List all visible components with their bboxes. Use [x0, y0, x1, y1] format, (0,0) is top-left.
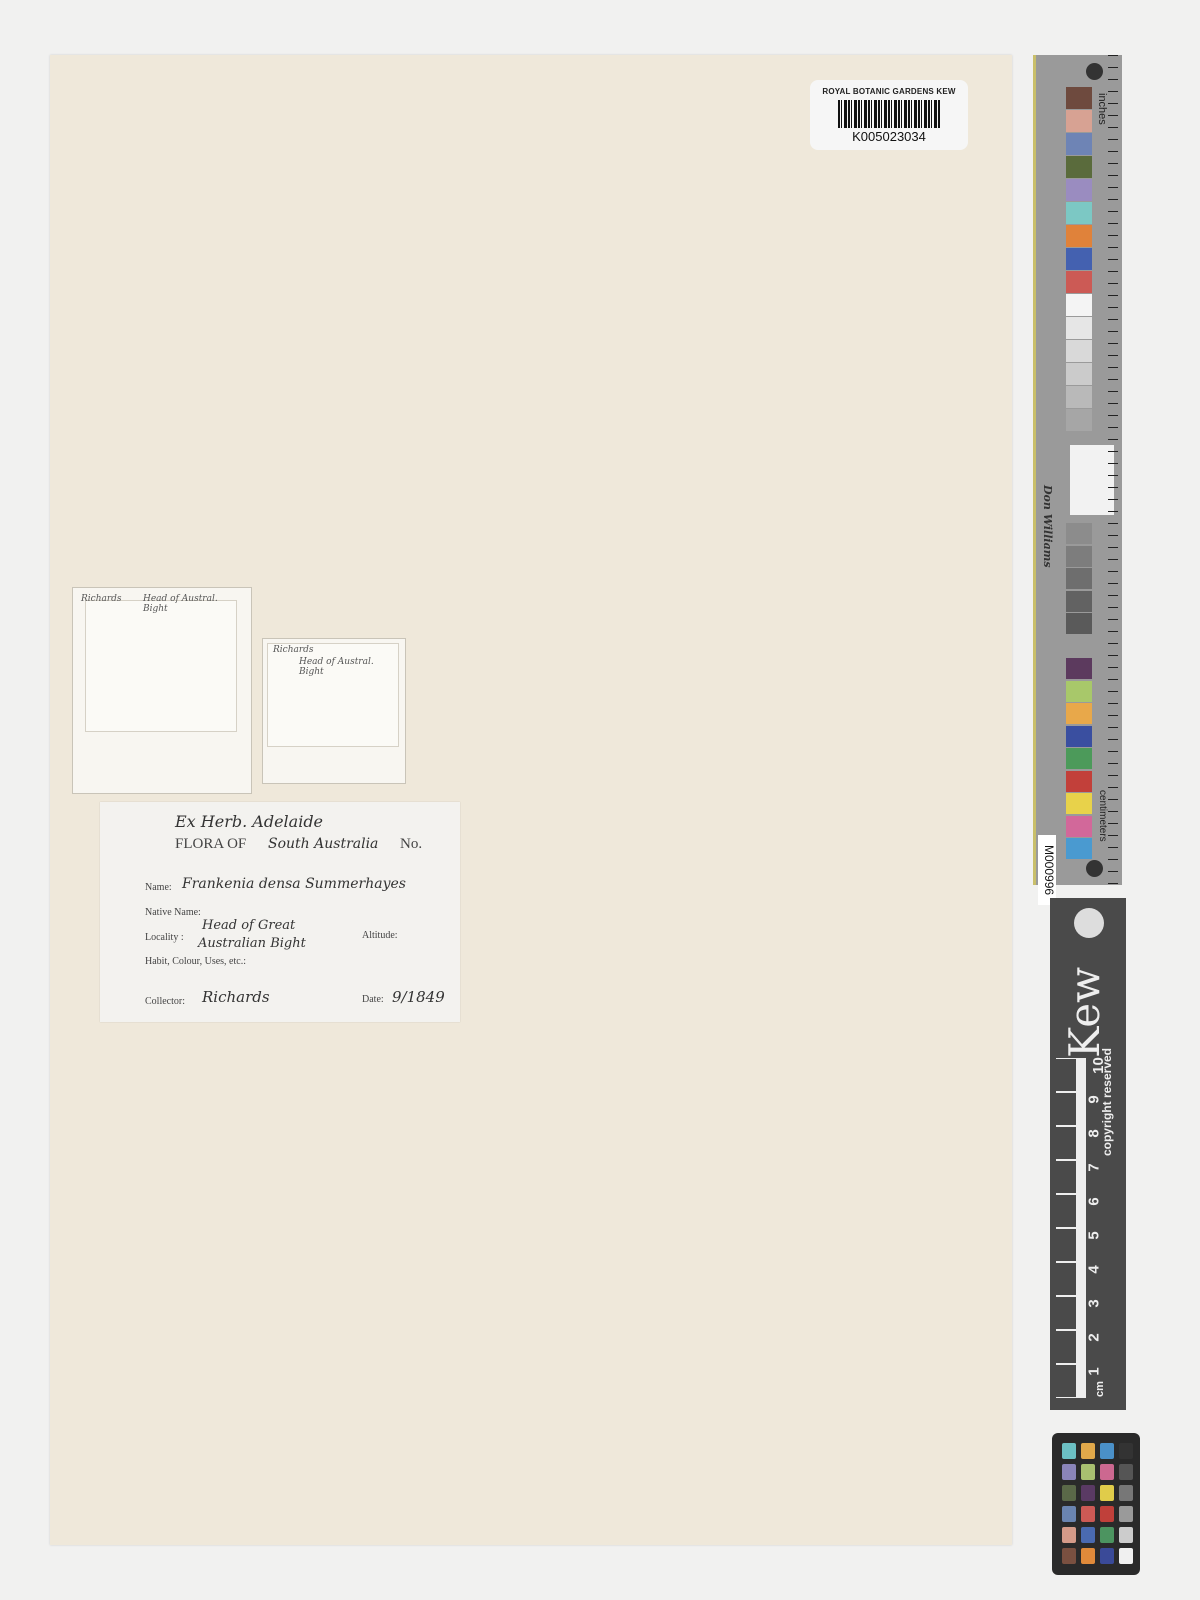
color-swatch	[1066, 793, 1092, 814]
ruler-serial: M000996	[1038, 835, 1056, 905]
color-swatch	[1066, 340, 1092, 362]
color-swatch	[1066, 271, 1092, 293]
scale-number: 6	[1086, 1197, 1103, 1205]
scale-segment	[1056, 1093, 1076, 1125]
scale-number: 9	[1086, 1095, 1103, 1103]
checker-patch	[1081, 1548, 1095, 1564]
checker-patch	[1100, 1485, 1114, 1501]
label-header-handwritten: Ex Herb. Adelaide	[175, 812, 323, 831]
label-altitude-field: Altitude:	[362, 930, 398, 941]
color-swatch	[1066, 225, 1092, 247]
specimen-packet-1: Richards Head of Austral. Bight	[72, 587, 252, 794]
color-swatch	[1066, 317, 1092, 339]
scale-segment	[1056, 1297, 1076, 1329]
scale-number: 3	[1086, 1299, 1103, 1307]
checker-patch	[1119, 1485, 1133, 1501]
label-name-field: Name:	[145, 882, 172, 893]
checker-patch	[1119, 1464, 1133, 1480]
color-swatch	[1066, 681, 1092, 702]
packet-collector: Richards	[273, 645, 314, 655]
color-swatch	[1066, 703, 1092, 724]
checker-patch	[1100, 1464, 1114, 1480]
color-swatch	[1066, 179, 1092, 201]
color-swatch	[1066, 546, 1092, 567]
color-swatch	[1066, 248, 1092, 270]
scale-segment	[1056, 1331, 1076, 1363]
color-calibration-ruler: Don Williams inches centimeters M000996	[1033, 55, 1122, 885]
color-swatch	[1066, 838, 1092, 859]
color-swatch	[1066, 294, 1092, 316]
color-swatch	[1066, 523, 1092, 544]
color-swatch	[1066, 133, 1092, 155]
ruler-units-inches: inches	[1096, 93, 1108, 125]
checker-patch	[1062, 1485, 1076, 1501]
ruler-hole	[1086, 860, 1103, 877]
color-swatch	[1066, 87, 1092, 109]
ruler-hole	[1086, 63, 1103, 80]
scale-segment	[1056, 1161, 1076, 1193]
scale-segment	[1056, 1365, 1076, 1397]
scale-number: 8	[1086, 1129, 1103, 1137]
checker-patch	[1119, 1548, 1133, 1564]
label-date-value: 9/1849	[392, 988, 445, 1006]
label-locality-field: Locality :	[145, 932, 184, 943]
label-collector-value: Richards	[202, 988, 270, 1006]
label-locality-value-1: Head of Great	[202, 918, 295, 933]
color-checker-card	[1052, 1433, 1140, 1575]
color-swatch	[1066, 110, 1092, 132]
scale-segment	[1056, 1059, 1076, 1091]
ruler-brand: Don Williams	[1041, 485, 1054, 568]
label-name-value: Frankenia densa Summerhayes	[182, 876, 406, 892]
scale-segment	[1056, 1195, 1076, 1227]
checker-patch	[1081, 1464, 1095, 1480]
checker-patch	[1100, 1506, 1114, 1522]
barcode-number: K005023034	[810, 129, 968, 144]
label-collector-field: Collector:	[145, 996, 185, 1007]
ruler-scale-ticks	[1108, 55, 1118, 885]
color-swatch	[1066, 816, 1092, 837]
kew-scale-unit: cm	[1094, 1381, 1106, 1397]
packet-locality: Head of Austral. Bight	[299, 657, 389, 677]
barcode-label: ROYAL BOTANIC GARDENS KEW K005023034	[810, 80, 968, 150]
scale-number: 2	[1086, 1333, 1103, 1341]
checker-patch	[1062, 1527, 1076, 1543]
label-flora-region: South Australia	[268, 836, 378, 852]
scale-number: 5	[1086, 1231, 1103, 1239]
label-number-field: No.	[400, 836, 422, 853]
scale-number: 4	[1086, 1265, 1103, 1273]
packet-locality: Head of Austral. Bight	[143, 594, 233, 614]
scale-number: 10	[1090, 1057, 1107, 1074]
checker-patch	[1081, 1527, 1095, 1543]
scale-number: 7	[1086, 1163, 1103, 1171]
color-swatch	[1066, 363, 1092, 385]
scale-number: 1	[1086, 1367, 1103, 1375]
color-swatch	[1066, 613, 1092, 634]
checker-patch	[1119, 1443, 1133, 1459]
color-swatch	[1066, 636, 1092, 657]
scale-segment	[1056, 1229, 1076, 1261]
label-locality-value-2: Australian Bight	[198, 936, 306, 951]
scale-segment	[1056, 1127, 1076, 1159]
checker-patch	[1081, 1506, 1095, 1522]
checker-patch	[1100, 1527, 1114, 1543]
checker-patch	[1119, 1527, 1133, 1543]
checker-patch	[1100, 1548, 1114, 1564]
herbarium-label: Ex Herb. Adelaide FLORA OF South Austral…	[100, 802, 460, 1022]
color-swatch	[1066, 726, 1092, 747]
ruler-units-centimeters: centimeters	[1097, 790, 1108, 842]
label-native-name-field: Native Name:	[145, 907, 201, 918]
packet-collector: Richards	[81, 594, 122, 604]
color-swatch	[1066, 568, 1092, 589]
institution-name: ROYAL BOTANIC GARDENS KEW	[810, 87, 968, 96]
checker-patch	[1081, 1443, 1095, 1459]
specimen-packet-2: Richards Head of Austral. Bight	[262, 638, 406, 784]
herbarium-sheet	[50, 55, 1012, 1545]
color-swatch	[1066, 386, 1092, 408]
kew-crest-icon	[1074, 908, 1104, 938]
color-swatch	[1066, 409, 1092, 431]
checker-patch	[1062, 1443, 1076, 1459]
packet-flap	[85, 600, 237, 732]
color-swatch	[1066, 156, 1092, 178]
scale-segment	[1056, 1263, 1076, 1295]
checker-patch	[1081, 1485, 1095, 1501]
checker-patch	[1119, 1506, 1133, 1522]
kew-scale-bar: Kew copyright reserved 10987654321 cm	[1050, 898, 1126, 1410]
barcode-image	[838, 100, 940, 128]
color-swatch	[1066, 748, 1092, 769]
kew-scale-bars	[1056, 1058, 1086, 1398]
label-flora-title: FLORA OF	[175, 836, 246, 853]
color-swatch	[1066, 591, 1092, 612]
color-swatch	[1066, 771, 1092, 792]
checker-patch	[1062, 1548, 1076, 1564]
checker-patch	[1100, 1443, 1114, 1459]
label-date-field: Date:	[362, 994, 384, 1005]
label-habit-field: Habit, Colour, Uses, etc.:	[145, 956, 246, 967]
checker-patch	[1062, 1464, 1076, 1480]
color-swatch	[1066, 658, 1092, 679]
checker-patch	[1062, 1506, 1076, 1522]
kew-scale-numbers: 10987654321	[1090, 1043, 1110, 1403]
color-swatch	[1066, 202, 1092, 224]
